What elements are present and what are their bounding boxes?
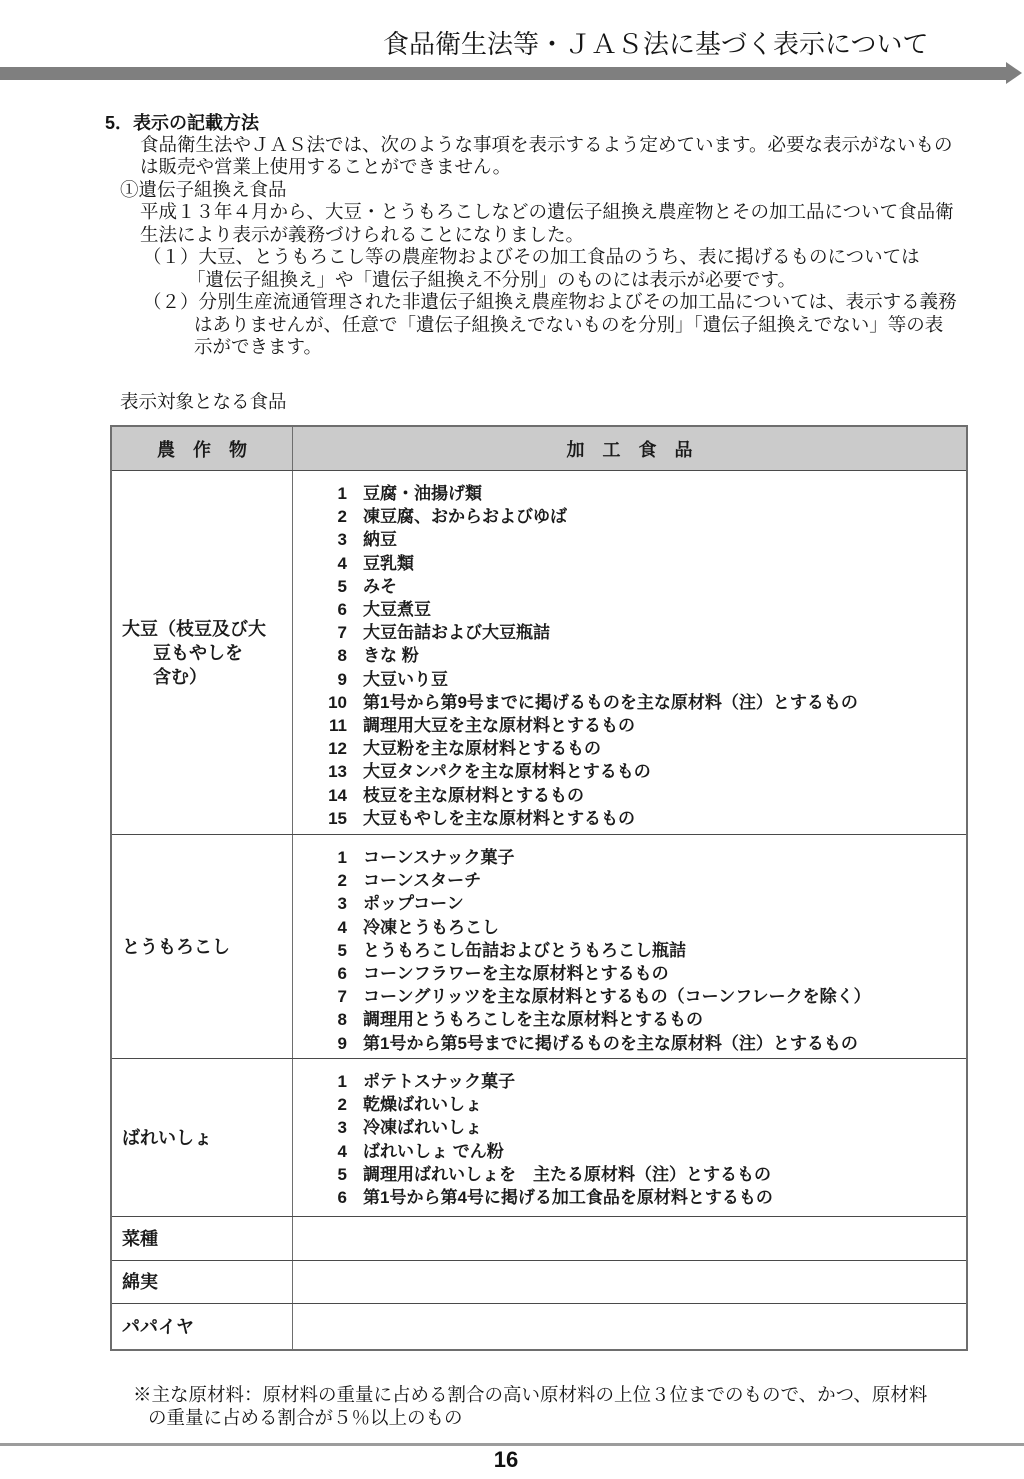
processed-food-list: 1豆腐・油揚げ類 2凍豆腐、おからおよびゆば 3納豆 4豆乳類 5みそ 6大豆煮…: [293, 471, 966, 834]
list-item: 15大豆もやしを主な原材料とするもの: [293, 807, 966, 830]
list-item: 4豆乳類: [293, 552, 966, 575]
list-item: 14枝豆を主な原材料とするもの: [293, 784, 966, 807]
item-name: 豆乳類: [363, 552, 414, 575]
item-name: 大豆いり豆: [363, 668, 448, 691]
table-row-rapeseed: 菜種: [112, 1216, 966, 1260]
item-name: 乾燥ばれいしょ: [363, 1093, 482, 1116]
item-number: 12: [293, 737, 347, 760]
item-number: 3: [293, 528, 347, 551]
list-item: 6第1号から第4号に掲げる加工食品を原材料とするもの: [293, 1186, 966, 1209]
list-item: 3ポップコーン: [293, 892, 966, 915]
list-item: 13大豆タンパクを主な原材料とするもの: [293, 760, 966, 783]
paragraph-1-line-2: 生法により表示が義務づけられることになりました。: [105, 225, 1000, 248]
crop-label-line: 菜種: [122, 1227, 158, 1251]
list-item: 11調理用大豆を主な原材料とするもの: [293, 714, 966, 737]
item-name: 第1号から第5号までに掲げるものを主な原材料（注）とするもの: [363, 1032, 858, 1055]
item-name: 大豆煮豆: [363, 598, 431, 621]
item-number: 3: [293, 892, 347, 915]
item-name: 調理用とうもろこしを主な原材料とするもの: [363, 1008, 703, 1031]
header-rule: [0, 67, 1006, 80]
item-number: 7: [293, 621, 347, 644]
item-name: 冷凍ばれいしょ: [363, 1116, 482, 1139]
list-item: 5みそ: [293, 575, 966, 598]
list-item: 8きな 粉: [293, 644, 966, 667]
item-number: 4: [293, 552, 347, 575]
item-number: 13: [293, 760, 347, 783]
item-number: 2: [293, 505, 347, 528]
item-name: ばれいしょ でん粉: [363, 1140, 504, 1163]
processed-food-list: 1ポテトスナック菓子 2乾燥ばれいしょ 3冷凍ばれいしょ 4ばれいしょ でん粉 …: [293, 1059, 966, 1216]
item-number: 2: [293, 1093, 347, 1116]
item-name: 大豆粉を主な原材料とするもの: [363, 737, 601, 760]
list-item: 6コーンフラワーを主な原材料とするもの: [293, 962, 966, 985]
list-item: 5とうもろこし缶詰およびとうもろこし瓶詰: [293, 939, 966, 962]
footer-rule: [0, 1443, 1024, 1446]
item-number: 8: [293, 1008, 347, 1031]
item-number: 5: [293, 939, 347, 962]
list-item: 10第1号から第9号までに掲げるものを主な原材料（注）とするもの: [293, 691, 966, 714]
item-number: 7: [293, 985, 347, 1008]
list-item: 3冷凍ばれいしょ: [293, 1116, 966, 1139]
paragraph-1-line-1: 平成１３年４月から、大豆・とうもろこしなどの遺伝子組換え農産物とその加工品につい…: [105, 202, 1000, 225]
processed-food-list-empty: [293, 1261, 966, 1303]
item-number: 1: [293, 846, 347, 869]
list-item: 8調理用とうもろこしを主な原材料とするもの: [293, 1008, 966, 1031]
item-name: コーングリッツを主な原材料とするもの（コーンフレークを除く）: [363, 985, 871, 1008]
item-name: みそ: [363, 575, 397, 598]
item-number: 9: [293, 668, 347, 691]
item-name: ポテトスナック菓子: [363, 1070, 515, 1093]
arrow-right-icon: [1006, 62, 1022, 84]
col-header-crop: 農 作 物: [112, 427, 293, 470]
list-item: 4ばれいしょ でん粉: [293, 1140, 966, 1163]
intro-line-2: は販売や営業上使用することができません。: [105, 157, 1000, 180]
item-number: 1: [293, 1070, 347, 1093]
document-page: 食品衛生法等・ＪＡＳ法に基づく表示について 5．表示の記載方法 食品衛生法やＪＡ…: [0, 0, 1024, 1479]
page-number: 16: [0, 1447, 1012, 1473]
table-header-row: 農 作 物 加 工 食 品: [112, 427, 966, 470]
item-number: 6: [293, 598, 347, 621]
item-number: 9: [293, 1032, 347, 1055]
item-name: 調理用大豆を主な原材料とするもの: [363, 714, 635, 737]
section-heading: 5．表示の記載方法: [105, 112, 1000, 135]
list-item: 7コーングリッツを主な原材料とするもの（コーンフレークを除く）: [293, 985, 966, 1008]
item-number: 10: [293, 691, 347, 714]
col-header-processed: 加 工 食 品: [293, 427, 966, 470]
list-item: 6大豆煮豆: [293, 598, 966, 621]
table-row-papaya: パパイヤ: [112, 1303, 966, 1349]
item-name: ポップコーン: [363, 892, 464, 915]
table-row-cottonseed: 綿実: [112, 1260, 966, 1303]
item-name: 豆腐・油揚げ類: [363, 482, 482, 505]
crop-label-line: ばれいしょ: [122, 1126, 212, 1150]
list-item: 9第1号から第5号までに掲げるものを主な原材料（注）とするもの: [293, 1032, 966, 1055]
item-number: 5: [293, 1163, 347, 1186]
item-number: 6: [293, 962, 347, 985]
item-number: 8: [293, 644, 347, 667]
list-item: 9大豆いり豆: [293, 668, 966, 691]
item-number: 4: [293, 1140, 347, 1163]
item-number: 11: [293, 714, 347, 737]
item-name: 第1号から第9号までに掲げるものを主な原材料（注）とするもの: [363, 691, 858, 714]
table-row-potato: ばれいしょ 1ポテトスナック菓子 2乾燥ばれいしょ 3冷凍ばれいしょ 4ばれいし…: [112, 1058, 966, 1216]
item-name: 冷凍とうもろこし: [363, 916, 499, 939]
item-number: 2: [293, 869, 347, 892]
item-name: コーンスターチ: [363, 869, 481, 892]
crop-label-line: 含む）: [122, 665, 266, 689]
crop-label-line: 豆もやしを: [122, 641, 266, 665]
item-name: 第1号から第4号に掲げる加工食品を原材料とするもの: [363, 1186, 773, 1209]
processed-food-list-empty: [293, 1304, 966, 1349]
crop-cell-papaya: パパイヤ: [112, 1304, 293, 1349]
section-5: 5．表示の記載方法 食品衛生法やＪＡＳ法では、次のような事項を表示するよう定めて…: [105, 112, 1000, 414]
labeling-target-table: 農 作 物 加 工 食 品 大豆（枝豆及び大 豆もやしを 含む） 1豆腐・油揚げ…: [110, 425, 968, 1351]
list-item: 1コーンスナック菓子: [293, 846, 966, 869]
item-name: 納豆: [363, 528, 397, 551]
item-name: 凍豆腐、おからおよびゆば: [363, 505, 567, 528]
list-item-2-line-3: 示ができます。: [105, 337, 1000, 360]
intro-line-1: 食品衛生法やＪＡＳ法では、次のような事項を表示するよう定めています。必要な表示が…: [105, 135, 1000, 158]
list-item: 1豆腐・油揚げ類: [293, 482, 966, 505]
item-name: 大豆もやしを主な原材料とするもの: [363, 807, 635, 830]
list-item: 7大豆缶詰および大豆瓶詰: [293, 621, 966, 644]
list-item-2-line-2: はありませんが、任意で「遺伝子組換えでないものを分別」「遺伝子組換えでない」等の…: [105, 315, 1000, 338]
crop-cell-cottonseed: 綿実: [112, 1261, 293, 1303]
list-item-2-line-1: （２）分別生産流通管理された非遺伝子組換え農産物およびその加工品については、表示…: [105, 292, 1000, 315]
list-item: 2乾燥ばれいしょ: [293, 1093, 966, 1116]
item-name: とうもろこし缶詰およびとうもろこし瓶詰: [363, 939, 686, 962]
list-item: 3納豆: [293, 528, 966, 551]
item-number: 4: [293, 916, 347, 939]
crop-cell-rapeseed: 菜種: [112, 1217, 293, 1260]
crop-label-line: 綿実: [122, 1270, 158, 1294]
page-title: 食品衛生法等・ＪＡＳ法に基づく表示について: [383, 24, 928, 61]
item-number: 6: [293, 1186, 347, 1209]
item-number: 1: [293, 482, 347, 505]
item-number: 3: [293, 1116, 347, 1139]
footnote: ※主な原材料：原材料の重量に占める割合の高い原材料の上位３位までのもので、かつ、…: [133, 1385, 927, 1431]
processed-food-list-empty: [293, 1217, 966, 1260]
item-name: 大豆缶詰および大豆瓶詰: [363, 621, 550, 644]
footnote-line-1: ※主な原材料：原材料の重量に占める割合の高い原材料の上位３位までのもので、かつ、…: [133, 1385, 927, 1408]
list-item: 12大豆粉を主な原材料とするもの: [293, 737, 966, 760]
item-name: コーンスナック菓子: [363, 846, 514, 869]
list-item: 2凍豆腐、おからおよびゆば: [293, 505, 966, 528]
item-number: 15: [293, 807, 347, 830]
crop-cell-corn: とうもろこし: [112, 835, 293, 1058]
crop-label-line: とうもろこし: [122, 935, 230, 959]
item-name: 枝豆を主な原材料とするもの: [363, 784, 584, 807]
table-row-soybean: 大豆（枝豆及び大 豆もやしを 含む） 1豆腐・油揚げ類 2凍豆腐、おからおよびゆ…: [112, 470, 966, 834]
list-item: 1ポテトスナック菓子: [293, 1070, 966, 1093]
item-name: コーンフラワーを主な原材料とするもの: [363, 962, 669, 985]
footnote-line-2: の重量に占める割合が５％以上のもの: [133, 1408, 927, 1431]
item-name: 大豆タンパクを主な原材料とするもの: [363, 760, 651, 783]
item-number: 5: [293, 575, 347, 598]
crop-cell-potato: ばれいしょ: [112, 1059, 293, 1216]
list-item: 4冷凍とうもろこし: [293, 916, 966, 939]
item-number: 14: [293, 784, 347, 807]
crop-label-line: 大豆（枝豆及び大: [122, 617, 266, 641]
crop-label-line: パパイヤ: [122, 1315, 194, 1339]
processed-food-list: 1コーンスナック菓子 2コーンスターチ 3ポップコーン 4冷凍とうもろこし 5と…: [293, 835, 966, 1058]
item-name: 調理用ばれいしょを 主たる原材料（注）とするもの: [363, 1163, 771, 1186]
crop-cell-soybean: 大豆（枝豆及び大 豆もやしを 含む）: [112, 471, 293, 834]
list-item-1-line-2: 「遺伝子組換え」や「遺伝子組換え不分別」のものには表示が必要です。: [105, 270, 1000, 293]
table-row-corn: とうもろこし 1コーンスナック菓子 2コーンスターチ 3ポップコーン 4冷凍とう…: [112, 834, 966, 1058]
list-item: 2コーンスターチ: [293, 869, 966, 892]
list-item-1-line-1: （１）大豆、とうもろこし等の農産物およびその加工食品のうち、表に掲げるものについ…: [105, 247, 1000, 270]
table-caption: 表示対象となる食品: [105, 392, 1000, 415]
item-name: きな 粉: [363, 644, 419, 667]
subsection-heading: ①遺伝子組換え食品: [105, 180, 1000, 203]
list-item: 5調理用ばれいしょを 主たる原材料（注）とするもの: [293, 1163, 966, 1186]
